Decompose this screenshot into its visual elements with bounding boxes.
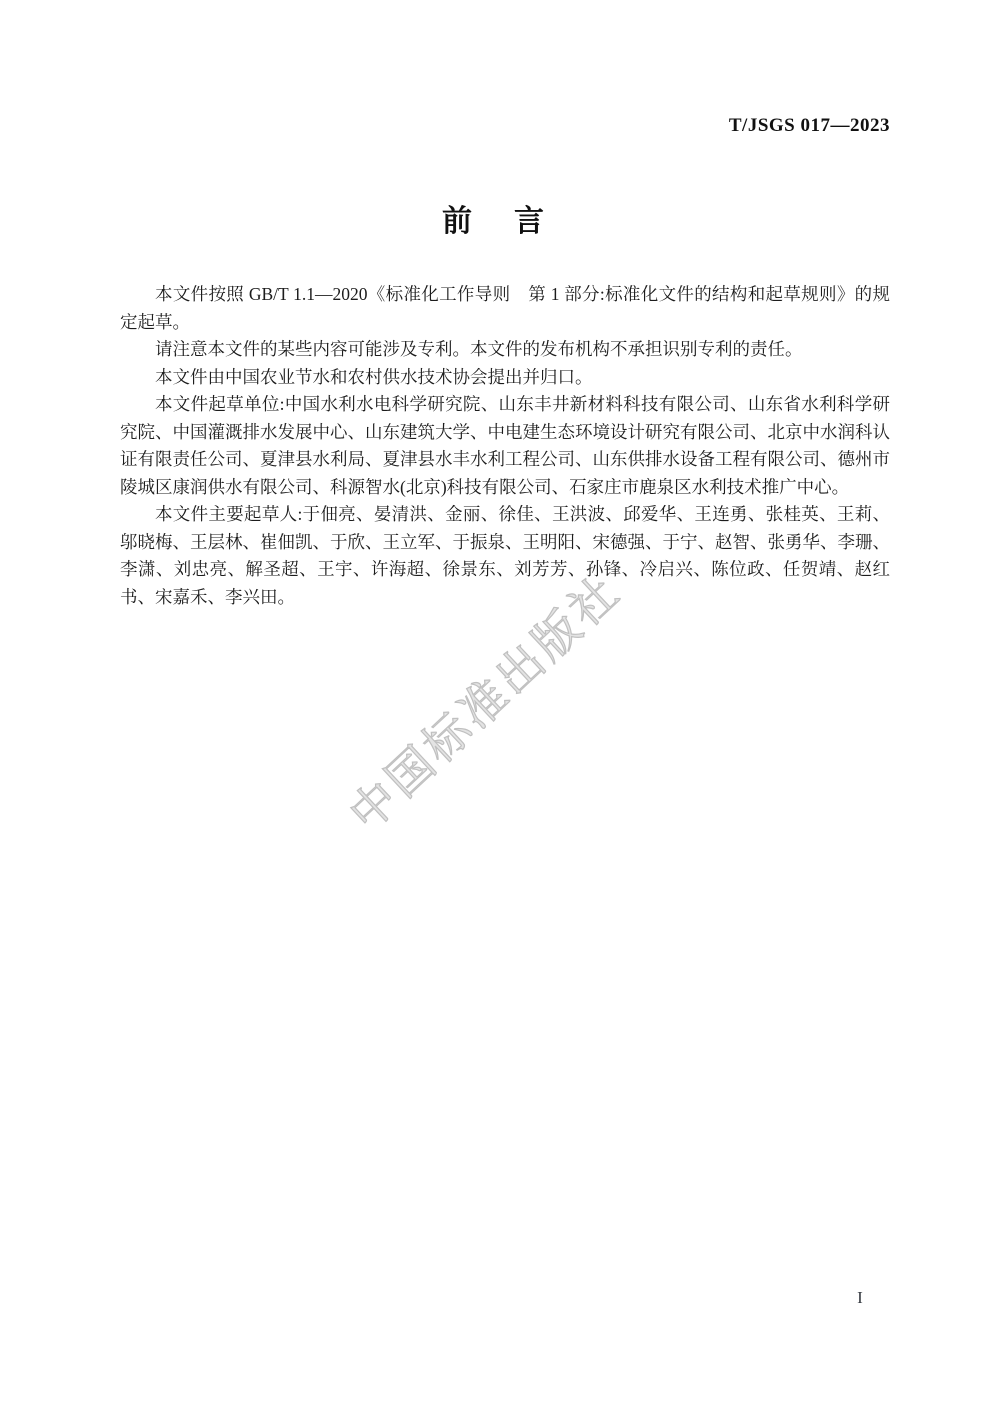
paragraph-main-drafters: 本文件主要起草人:于佃亮、晏清洪、金丽、徐佳、王洪波、邱爱华、王连勇、张桂英、王… (120, 501, 890, 611)
page-number: I (848, 1288, 872, 1308)
document-body: 本文件按照 GB/T 1.1—2020《标准化工作导则 第 1 部分:标准化文件… (120, 281, 890, 611)
paragraph-proposing-body: 本文件由中国农业节水和农村供水技术协会提出并归口。 (120, 364, 890, 392)
page-title: 前 言 (0, 196, 992, 240)
paragraph-patent-notice: 请注意本文件的某些内容可能涉及专利。本文件的发布机构不承担识别专利的责任。 (120, 336, 890, 364)
paragraph-drafting-organizations: 本文件起草单位:中国水利水电科学研究院、山东丰井新材料科技有限公司、山东省水利科… (120, 391, 890, 501)
standard-number: T/JSGS 017—2023 (729, 115, 890, 137)
document-page: T/JSGS 017—2023 前 言 本文件按照 GB/T 1.1—2020《… (0, 0, 992, 1403)
paragraph-drafting-basis: 本文件按照 GB/T 1.1—2020《标准化工作导则 第 1 部分:标准化文件… (120, 281, 890, 336)
